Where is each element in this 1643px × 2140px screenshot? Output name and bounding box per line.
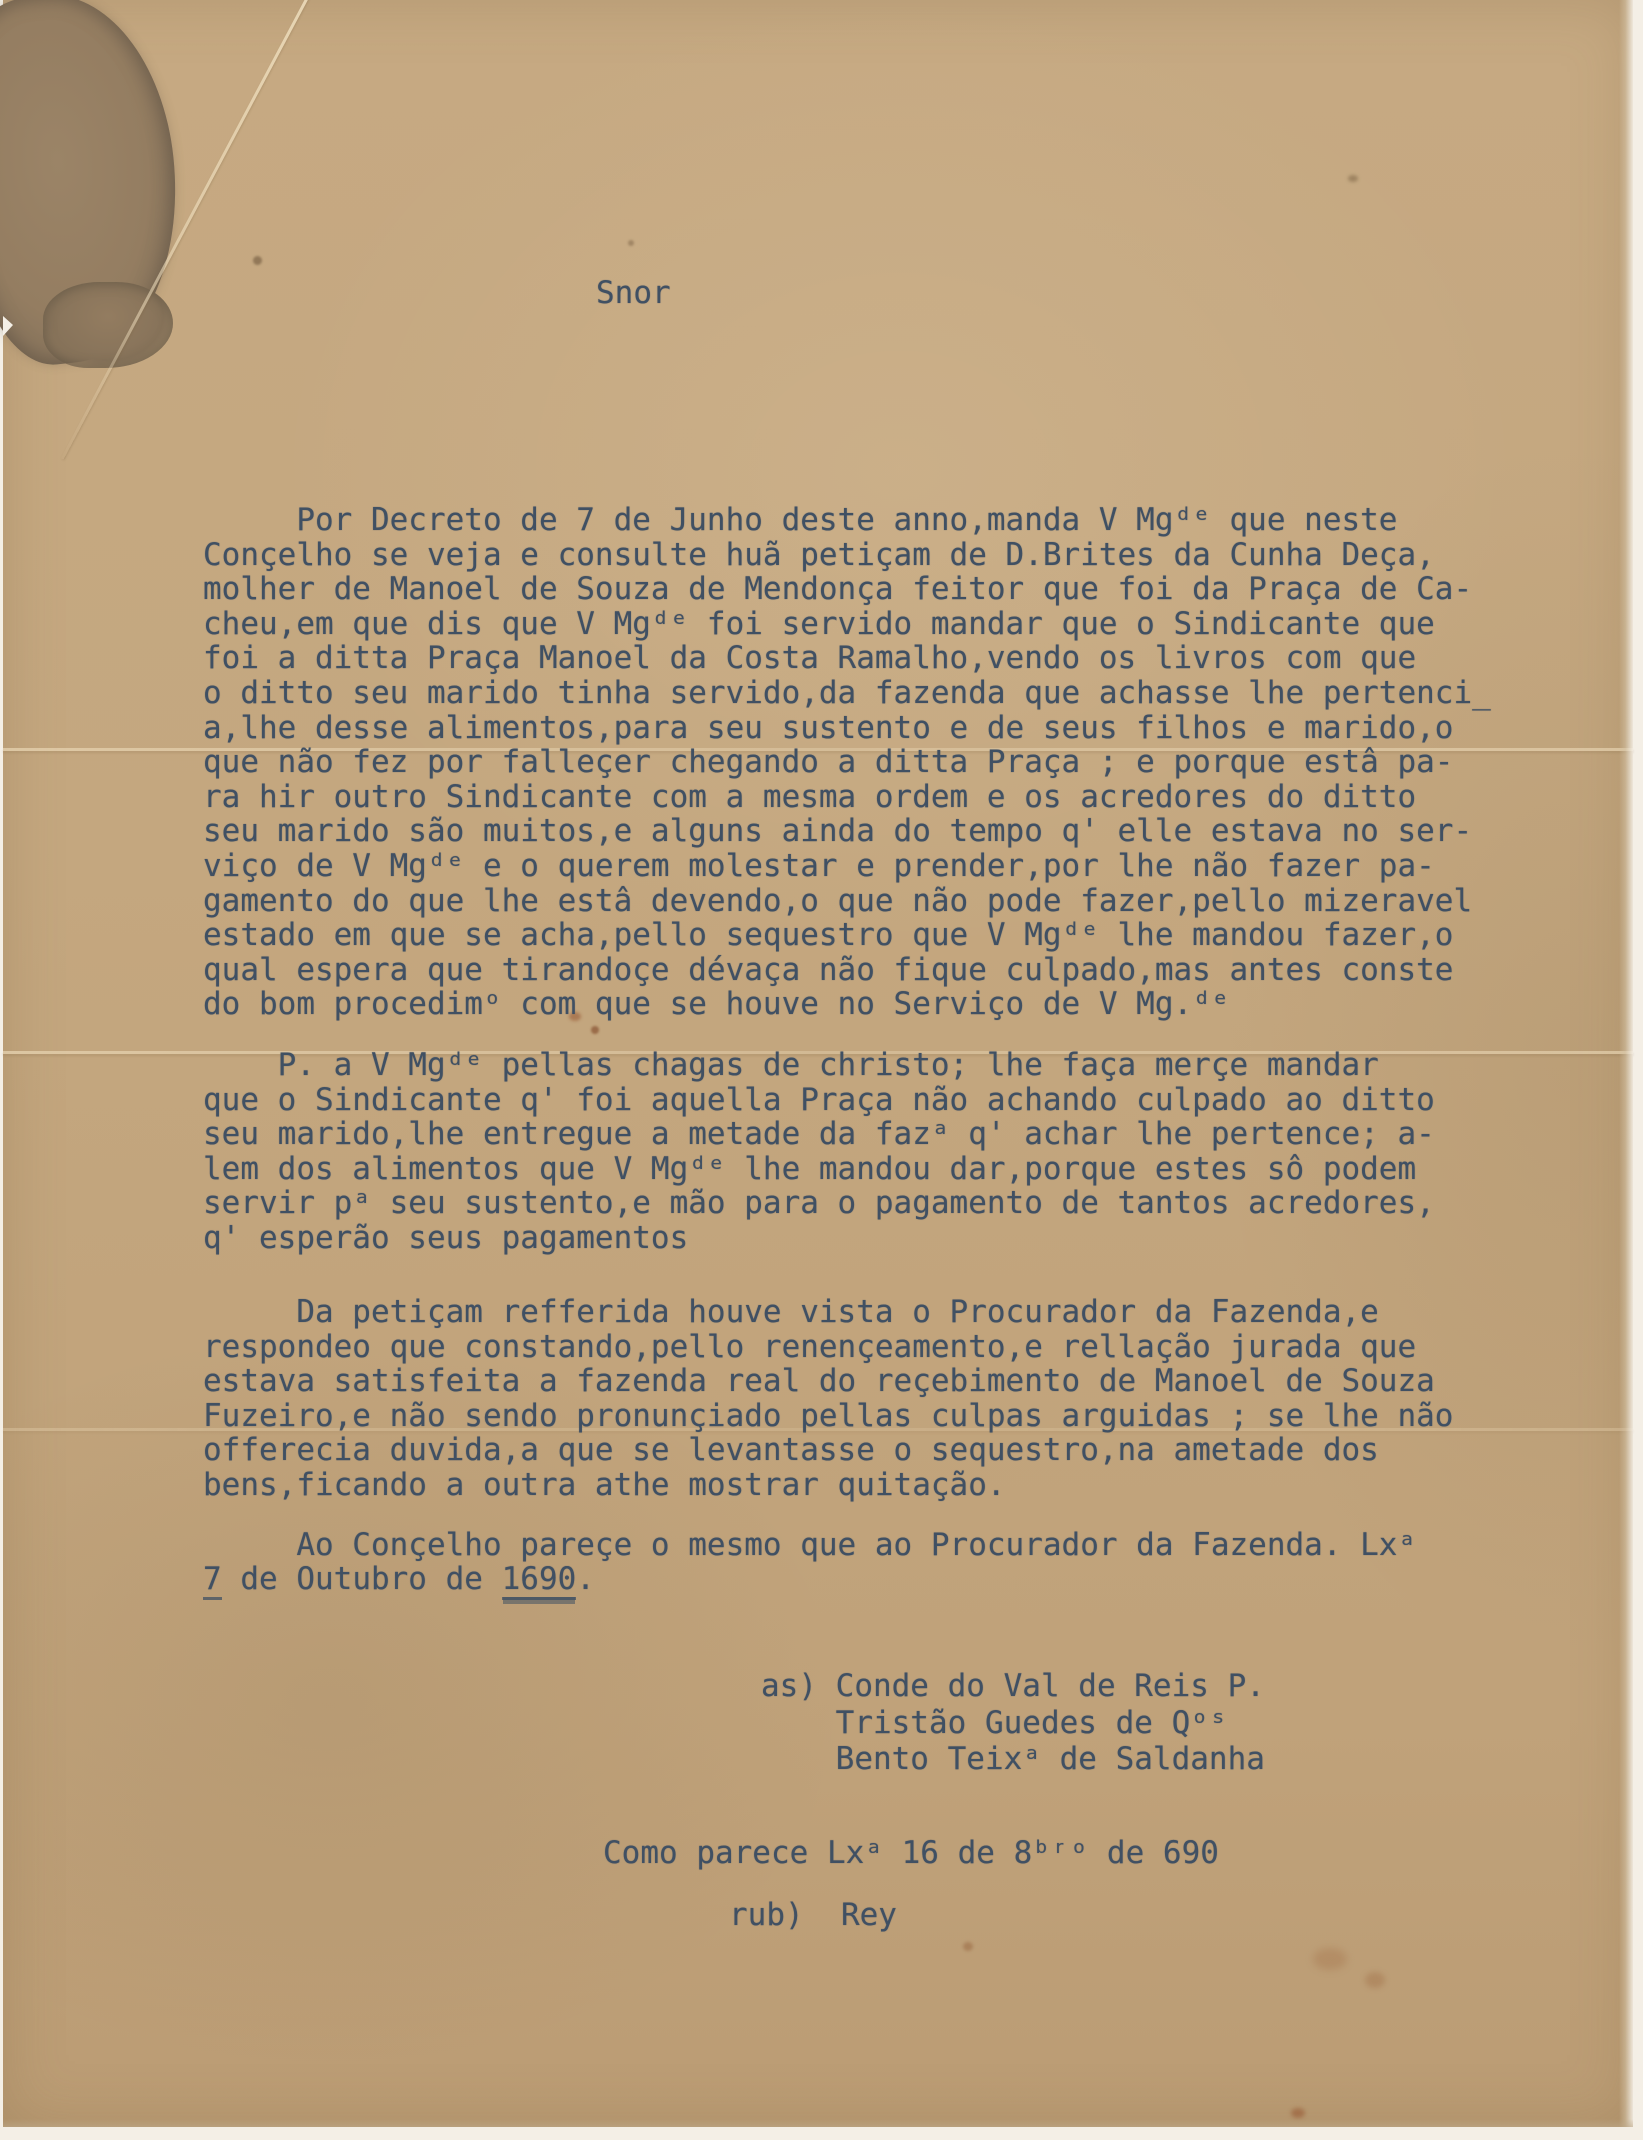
paper-right-edge: [1619, 0, 1633, 2127]
text-line: qual espera que tirandoçe dévaça não fiq…: [203, 953, 1491, 988]
letter-page: Snor Por Decreto de 7 de Junho deste ann…: [3, 0, 1633, 2127]
text-line: gamento do que lhe estâ devendo,o que nã…: [203, 884, 1491, 919]
paper-speck: [628, 240, 634, 246]
text-line: cheu,em que dis que V Mgᵈᵉ foi servido m…: [203, 607, 1491, 642]
rust-speck: [1291, 2108, 1305, 2118]
rust-speck: [1313, 1948, 1347, 1970]
date-middle: de Outubro de: [222, 1561, 502, 1597]
rubric-line: rub) Rey: [729, 1898, 897, 1933]
stain-tail-icon: [43, 282, 173, 368]
text-line: viço de V Mgᵈᵉ e o querem molestar e pre…: [203, 849, 1491, 884]
rust-speck: [1365, 1972, 1385, 1988]
date-line: 7 de Outubro de 1690.: [203, 1562, 595, 1597]
text-line: seu marido,lhe entregue a metade da fazᵃ…: [203, 1117, 1435, 1152]
paragraph-1: Por Decreto de 7 de Junho deste anno,man…: [203, 503, 1491, 1022]
text-line: Por Decreto de 7 de Junho deste anno,man…: [203, 503, 1491, 538]
text-line: foi a ditta Praça Manoel da Costa Ramalh…: [203, 641, 1491, 676]
approval-line: Como parece Lxᵃ 16 de 8ᵇʳᵒ de 690: [603, 1836, 1219, 1871]
text-line: molher de Manoel de Souza de Mendonça fe…: [203, 572, 1491, 607]
paragraph-3: Da petiçam refferida houve vista o Procu…: [203, 1295, 1453, 1503]
text-line: que não fez por falleçer chegando a ditt…: [203, 745, 1491, 780]
text-line: Da petiçam refferida houve vista o Procu…: [203, 1295, 1453, 1330]
text-line: servir pᵃ seu sustento,e mão para o paga…: [203, 1186, 1435, 1221]
text-line: a,lhe desse alimentos,para seu sustento …: [203, 711, 1491, 746]
paper-bottom-edge: [3, 2119, 1633, 2127]
date-period: .: [576, 1561, 595, 1597]
text-line: respondeo que constando,pello renençeame…: [203, 1330, 1453, 1365]
text-line: do bom procedimᵒ com que se houve no Ser…: [203, 987, 1491, 1022]
underlined-day: 7: [203, 1561, 222, 1597]
text-line: ra hir outro Sindicante com a mesma orde…: [203, 780, 1491, 815]
text-line: Fuzeiro,e não sendo pronunçiado pellas c…: [203, 1399, 1453, 1434]
text-line: que o Sindicante q' foi aquella Praça nã…: [203, 1083, 1435, 1118]
text-line: offerecia duvida,a que se levantasse o s…: [203, 1433, 1453, 1468]
text-line: lem dos alimentos que V Mgᵈᵉ lhe mandou …: [203, 1152, 1435, 1187]
paragraph-4: Ao Conçelho pareçe o mesmo que ao Procur…: [203, 1528, 1416, 1563]
text-line: Bento Teixᵃ de Saldanha: [761, 1741, 1265, 1778]
text-line: as) Conde do Val de Reis P.: [761, 1668, 1265, 1705]
text-line: o ditto seu marido tinha servido,da faze…: [203, 676, 1491, 711]
text-line: P. a V Mgᵈᵉ pellas chagas de christo; lh…: [203, 1048, 1435, 1083]
signature-block: as) Conde do Val de Reis P. Tristão Gued…: [761, 1668, 1265, 1778]
text-line: estava satisfeita a fazenda real do reçe…: [203, 1364, 1453, 1399]
text-line: Conçelho se veja e consulte huã petiçam …: [203, 538, 1491, 573]
paper-speck: [253, 256, 262, 265]
rust-speck: [963, 1942, 973, 1951]
text-line: bens,ficando a outra athe mostrar quitaç…: [203, 1468, 1453, 1503]
salutation: Snor: [596, 276, 671, 311]
text-line: Tristão Guedes de Qᵒˢ: [761, 1705, 1265, 1742]
paper-speck: [1348, 175, 1358, 182]
text-line: estado em que se acha,pello sequestro qu…: [203, 918, 1491, 953]
rust-speck: [591, 1026, 599, 1034]
underlined-year: 1690: [502, 1561, 577, 1597]
text-line: Ao Conçelho pareçe o mesmo que ao Procur…: [203, 1528, 1416, 1563]
text-line: seu marido são muitos,e alguns ainda do …: [203, 814, 1491, 849]
text-line: q' esperão seus pagamentos: [203, 1221, 1435, 1256]
paragraph-2: P. a V Mgᵈᵉ pellas chagas de christo; lh…: [203, 1048, 1435, 1256]
